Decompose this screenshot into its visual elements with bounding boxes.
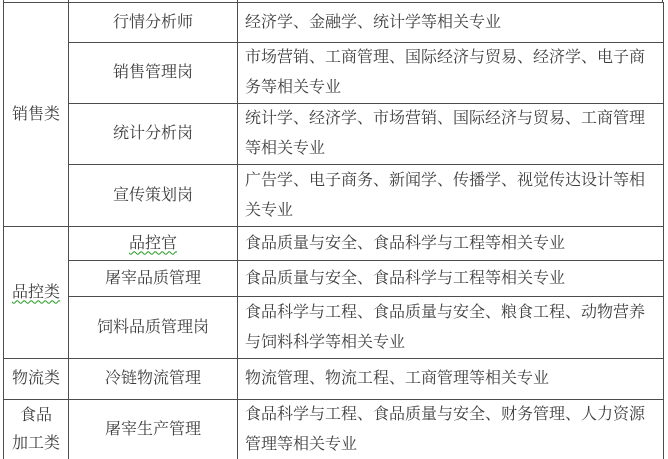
majors-cell: 经济学、金融学、统计学等相关专业 [238,3,664,43]
position-label: 饲料品质管理岗 [97,319,209,336]
table-row: 宣传策划岗 广告学、电子商务、新闻学、传播学、视觉传达设计等相关专业 [4,165,664,227]
table-row: 统计分析岗 统计学、经济学、市场营销、国际经济与贸易、工商管理等相关专业 [4,104,664,165]
table-row: 销售类 行情分析师 经济学、金融学、统计学等相关专业 [4,3,664,43]
table-row: 屠宰品质管理 食品质量与安全、食品科学与工程等相关专业 [4,261,664,297]
category-cell: 食品 加工类 [4,400,69,459]
majors-text: 统计学、经济学、市场营销、国际经济与贸易、工商管理等相关专业 [245,110,645,157]
majors-text: 市场营销、工商管理、国际经济与贸易、经济学、电子商务等相关专业 [245,49,645,96]
category-cell: 品控类 [4,227,69,359]
category-label: 销售类 [12,106,60,123]
majors-cell: 统计学、经济学、市场营销、国际经济与贸易、工商管理等相关专业 [238,104,664,165]
position-cell: 销售管理岗 [69,43,238,104]
majors-cell: 物流管理、物流工程、工商管理等相关专业 [238,359,664,400]
majors-cell: 市场营销、工商管理、国际经济与贸易、经济学、电子商务等相关专业 [238,43,664,104]
majors-cell: 食品质量与安全、食品科学与工程等相关专业 [238,261,664,297]
category-label: 食品 加工类 [12,407,60,452]
majors-text: 经济学、金融学、统计学等相关专业 [245,14,501,31]
position-label: 品控官 [129,235,177,252]
position-label: 销售管理岗 [113,64,193,81]
position-label: 屠宰生产管理 [105,421,201,438]
category-cell: 销售类 [4,3,69,227]
position-label: 统计分析岗 [113,125,193,142]
majors-text: 食品质量与安全、食品科学与工程等相关专业 [245,270,565,287]
position-cell: 冷链物流管理 [69,359,238,400]
position-label: 冷链物流管理 [105,370,201,387]
majors-text: 广告学、电子商务、新闻学、传播学、视觉传达设计等相关专业 [245,172,645,219]
majors-text: 食品质量与安全、食品科学与工程等相关专业 [245,235,565,252]
majors-cell: 食品质量与安全、食品科学与工程等相关专业 [238,227,664,261]
position-cell: 品控官 [69,227,238,261]
document-page: 销售类 行情分析师 经济学、金融学、统计学等相关专业 销售管理岗 市场营销、工商… [0,0,668,459]
category-label: 品控类 [12,284,60,301]
majors-text: 食品科学与工程、食品质量与安全、财务管理、人力资源管理等相关专业 [245,406,645,453]
table-row: 物流类 冷链物流管理 物流管理、物流工程、工商管理等相关专业 [4,359,664,400]
position-label: 屠宰品质管理 [105,270,201,287]
majors-cell: 广告学、电子商务、新闻学、传播学、视觉传达设计等相关专业 [238,165,664,227]
position-label: 行情分析师 [113,14,193,31]
position-cell: 宣传策划岗 [69,165,238,227]
category-cell: 物流类 [4,359,69,400]
position-cell: 行情分析师 [69,3,238,43]
position-cell: 统计分析岗 [69,104,238,165]
table-row: 品控类 品控官 食品质量与安全、食品科学与工程等相关专业 [4,227,664,261]
majors-text: 物流管理、物流工程、工商管理等相关专业 [245,370,549,387]
jobs-majors-table: 销售类 行情分析师 经济学、金融学、统计学等相关专业 销售管理岗 市场营销、工商… [3,2,664,459]
majors-text: 食品科学与工程、食品质量与安全、粮食工程、动物营养与饲料科学等相关专业 [245,304,645,351]
majors-cell: 食品科学与工程、食品质量与安全、财务管理、人力资源管理等相关专业 [238,400,664,459]
table-row: 饲料品质管理岗 食品科学与工程、食品质量与安全、粮食工程、动物营养与饲料科学等相… [4,297,664,359]
category-label: 物流类 [12,370,60,387]
position-cell: 饲料品质管理岗 [69,297,238,359]
table-row: 食品 加工类 屠宰生产管理 食品科学与工程、食品质量与安全、财务管理、人力资源管… [4,400,664,459]
majors-cell: 食品科学与工程、食品质量与安全、粮食工程、动物营养与饲料科学等相关专业 [238,297,664,359]
position-cell: 屠宰品质管理 [69,261,238,297]
table-row: 销售管理岗 市场营销、工商管理、国际经济与贸易、经济学、电子商务等相关专业 [4,43,664,104]
position-label: 宣传策划岗 [113,187,193,204]
position-cell: 屠宰生产管理 [69,400,238,459]
